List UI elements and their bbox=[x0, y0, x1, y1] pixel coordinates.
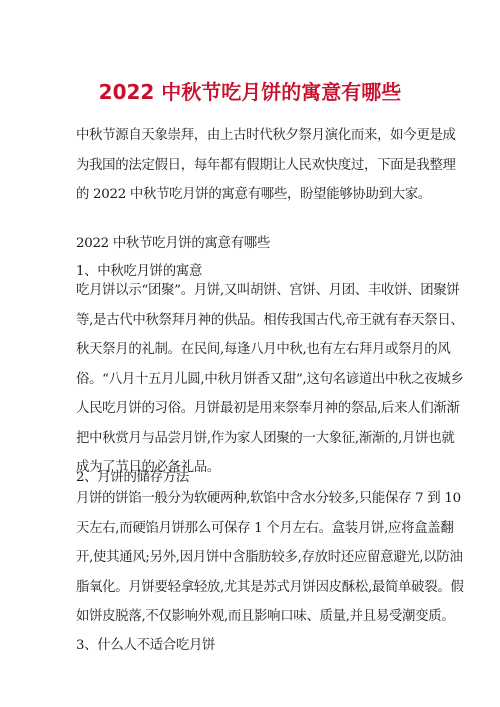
document-subtitle: 2022 中秋节吃月饼的寓意有哪些 bbox=[76, 232, 270, 251]
section-heading-2: 2、月饼的储存方法 bbox=[76, 466, 189, 485]
intro-line: 中秋节源自天象崇拜，由上古时代秋夕祭月演化而来，如今更是成 bbox=[76, 121, 428, 151]
intro-line: 为我国的法定假日，每年都有假期让人民欢快度过，下面是我整理 bbox=[76, 151, 428, 181]
section-1-line: 人民吃月饼的习俗。月饼最初是用来祭奉月神的祭品,后来人们渐渐 bbox=[76, 394, 428, 424]
section-1-line: 秋天祭月的礼制。在民间,每逢八月中秋,也有左右拜月或祭月的风 bbox=[76, 335, 428, 365]
intro-paragraph: 中秋节源自天象崇拜，由上古时代秋夕祭月演化而来，如今更是成 为我国的法定假日，每… bbox=[76, 121, 428, 210]
document-title: 2022 中秋节吃月饼的寓意有哪些 bbox=[0, 76, 500, 105]
section-1-line: 吃月饼以示“团聚”。月饼,又叫胡饼、宫饼、月团、丰收饼、团聚饼 bbox=[76, 276, 428, 306]
section-2-line: 月饼的饼馅一般分为软硬两种,软馅中含水分较多,只能保存 7 到 10 bbox=[76, 484, 428, 514]
section-1-line: 把中秋赏月与品尝月饼,作为家人团聚的一大象征,渐渐的,月饼也就 bbox=[76, 424, 428, 454]
document-page: 2022 中秋节吃月饼的寓意有哪些 中秋节源自天象崇拜，由上古时代秋夕祭月演化而… bbox=[0, 0, 500, 707]
section-1-paragraph: 吃月饼以示“团聚”。月饼,又叫胡饼、宫饼、月团、丰收饼、团聚饼 等,是古代中秋祭… bbox=[76, 276, 428, 483]
section-2-line: 开,使其通风;另外,因月饼中含脂肪较多,存放时还应留意避光,以防油 bbox=[76, 543, 428, 573]
section-2-line: 脂氧化。月饼要轻拿轻放,尤其是苏式月饼因皮酥松,最简单破裂。假 bbox=[76, 573, 428, 603]
section-heading-3: 3、什么人不适合吃月饼 bbox=[76, 634, 215, 653]
section-1-line: 俗。“八月十五月儿圆,中秋月饼香又甜”,这句名谚道出中秋之夜城乡 bbox=[76, 365, 428, 395]
intro-line: 的 2022 中秋节吃月饼的寓意有哪些，盼望能够协助到大家。 bbox=[76, 180, 428, 210]
section-2-paragraph: 月饼的饼馅一般分为软硬两种,软馅中含水分较多,只能保存 7 到 10 天左右,而… bbox=[76, 484, 428, 632]
section-2-line: 天左右,而硬馅月饼那么可保存 1 个月左右。盒装月饼,应将盒盖翻 bbox=[76, 514, 428, 544]
section-2-line: 如饼皮脱落,不仅影响外观,而且影响口味、质量,并且易受潮变质。 bbox=[76, 602, 428, 632]
section-1-line: 等,是古代中秋祭拜月神的供品。相传我国古代,帝王就有春天祭日、 bbox=[76, 306, 428, 336]
